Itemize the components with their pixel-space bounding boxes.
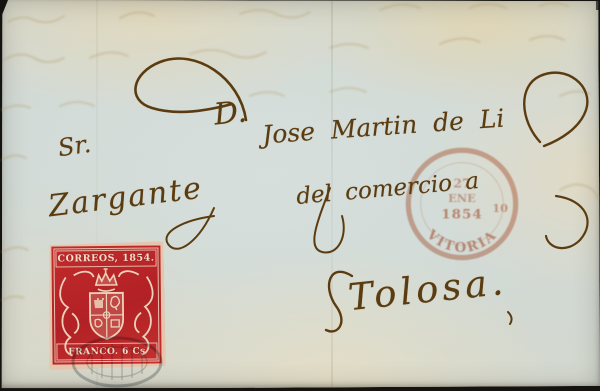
- address-salutation: Sr.: [56, 130, 92, 162]
- address-honorific: D.: [212, 94, 248, 132]
- cancel-mark: [62, 336, 172, 391]
- postal-cover-photo: VITORIA 27 ENE 1854 10 Sr. D. Jose Marti…: [0, 0, 600, 391]
- stamp-inscription-top: CORREOS, 1854.: [55, 249, 156, 267]
- photo-edge: [596, 0, 600, 10]
